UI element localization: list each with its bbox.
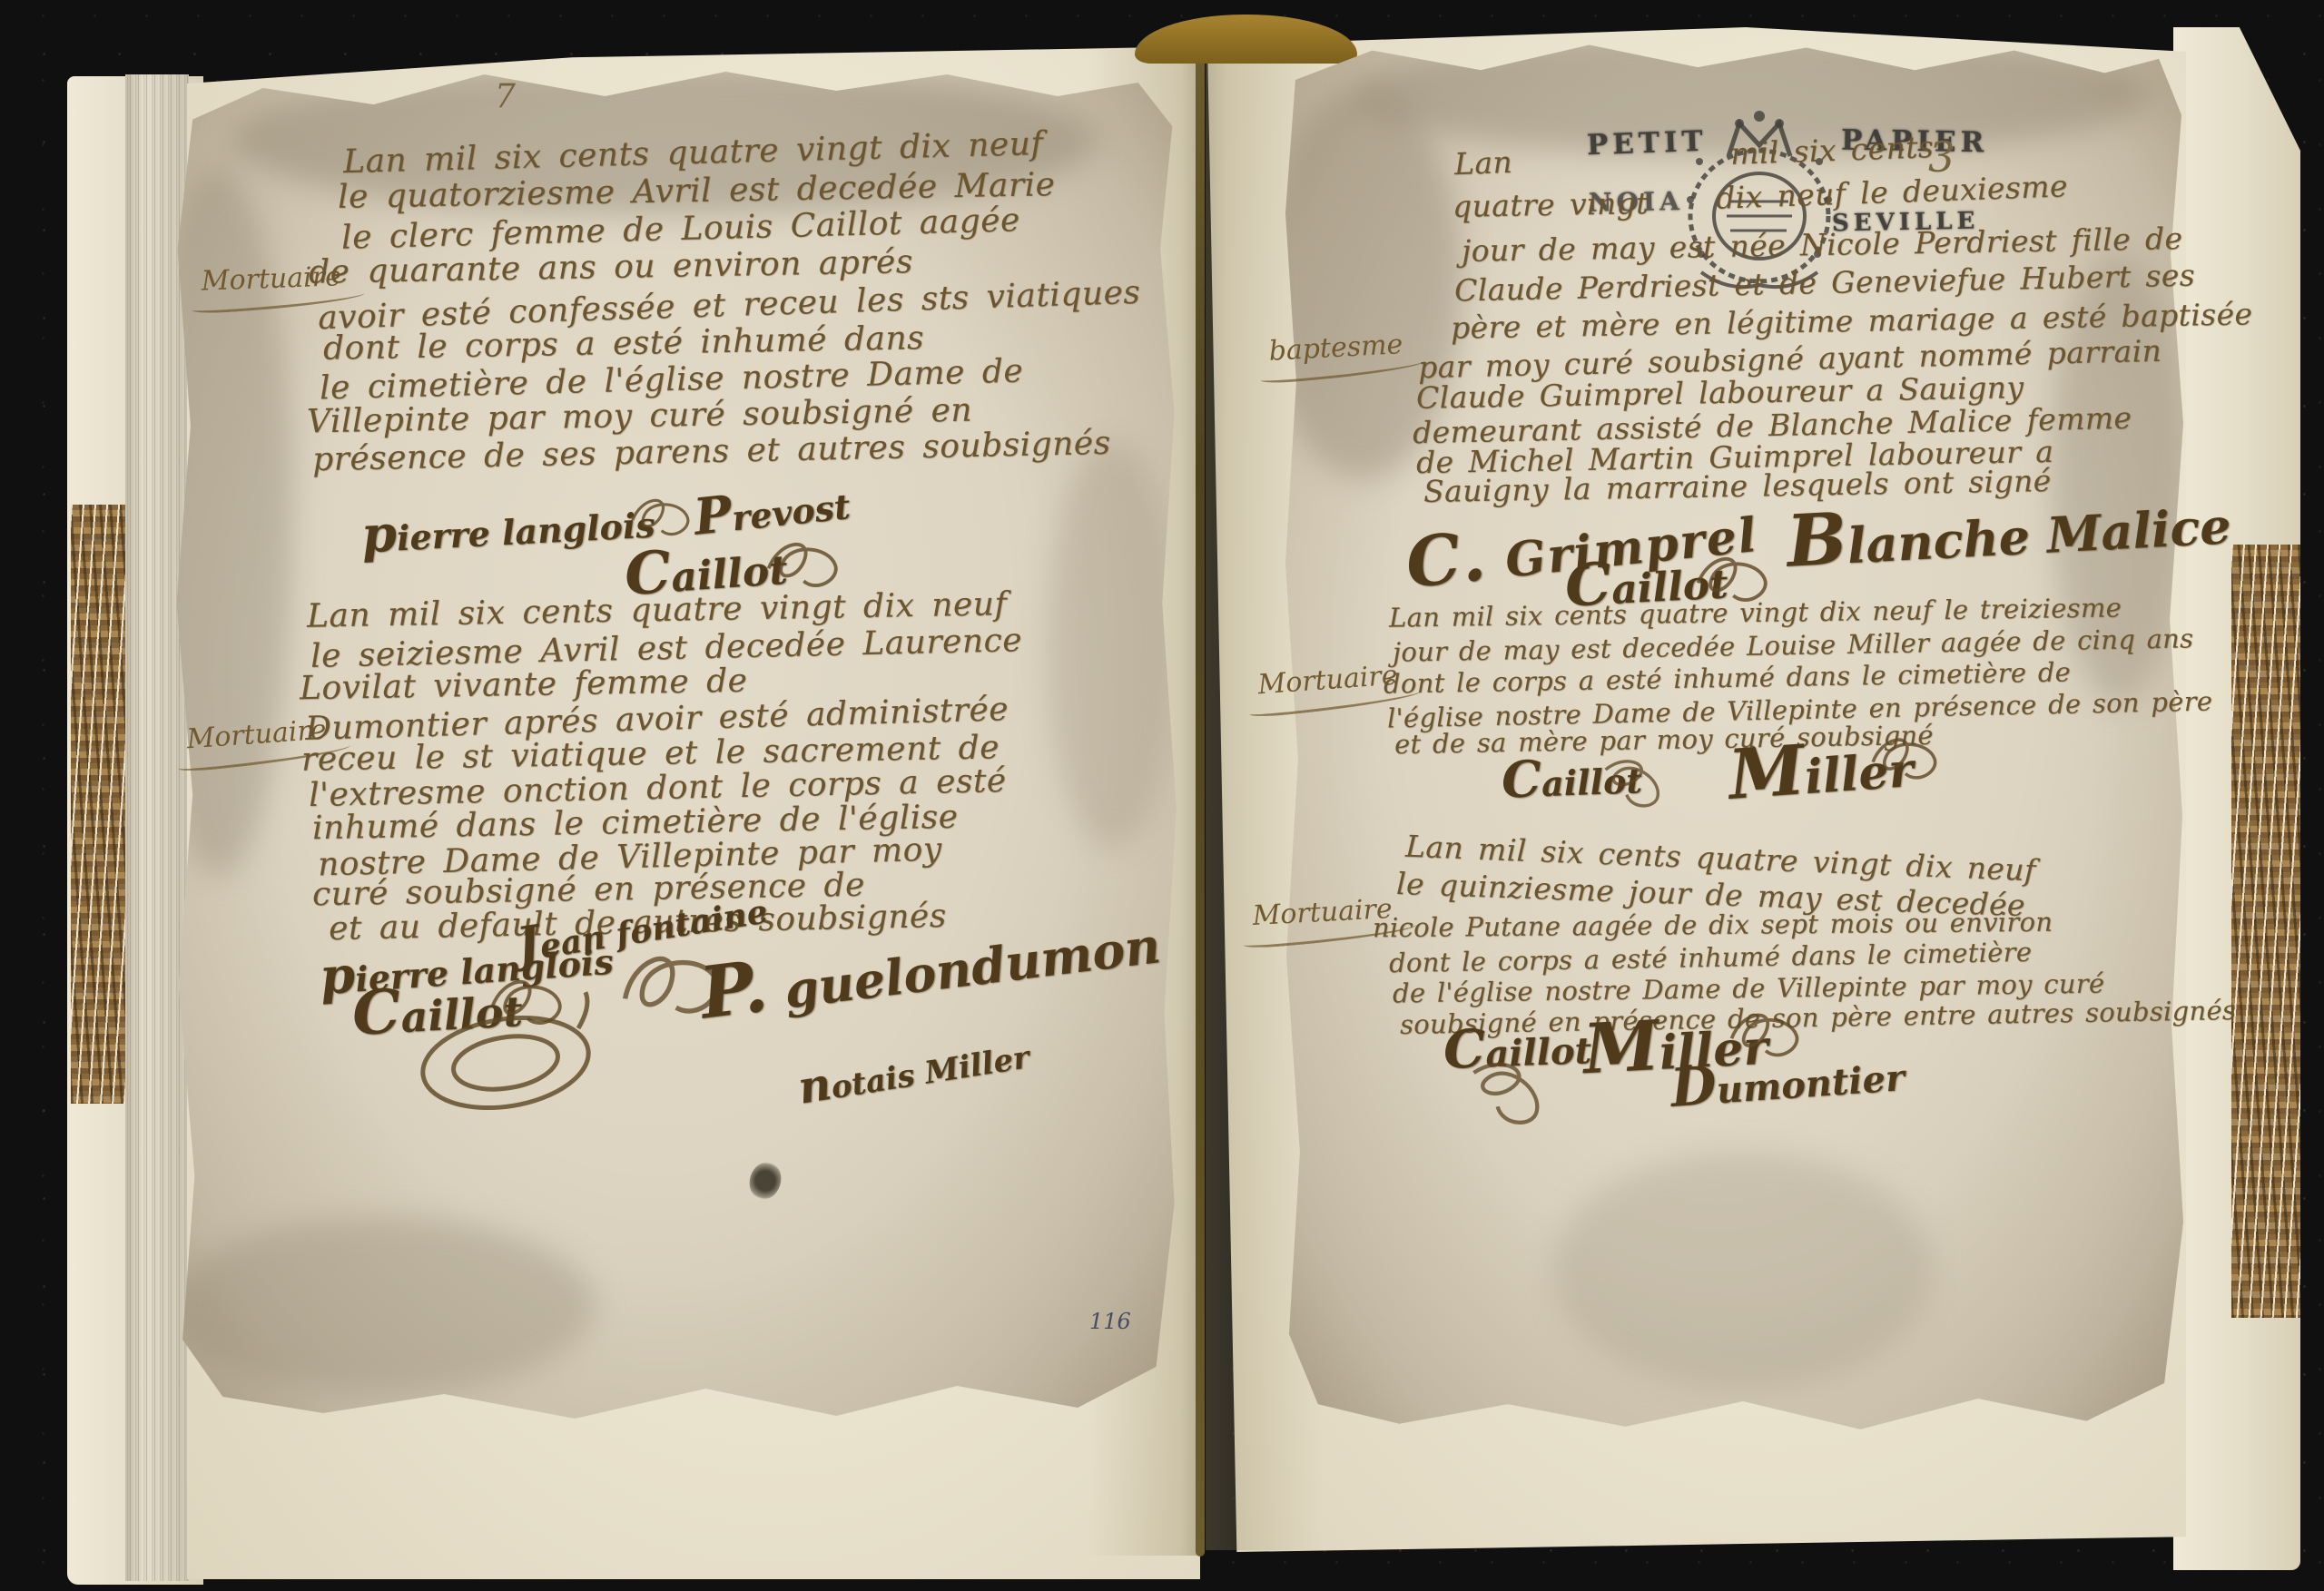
stain [1553,1152,1933,1390]
ink-blot [744,1158,785,1203]
folio-number: 116 [1089,1309,1131,1334]
leather-spine [1135,15,1357,64]
manuscript-line: quatre vingt [1452,185,1649,224]
stain [1048,440,1178,850]
register-photograph: PETIT NOIA PAPIER SEVILLE 7 Mortuaire La… [0,0,2324,1591]
stain [172,1217,595,1394]
manuscript-line: Lan [1453,144,1512,182]
marbled-paper-left [71,505,129,1104]
margin-note-baptesme: baptesme [1268,329,1404,381]
manuscript-line: mil six cents [1729,129,1934,172]
marbled-paper-right [2231,545,2300,1318]
page-fore-edge-stack [125,74,189,1581]
signature-paraph-icon [1690,541,1790,618]
binding-gutter [1196,47,1205,1557]
left-page-mark: 7 [495,78,516,115]
signature-paraph-icon [761,526,861,604]
signature-paraph-icon [1866,722,1957,795]
